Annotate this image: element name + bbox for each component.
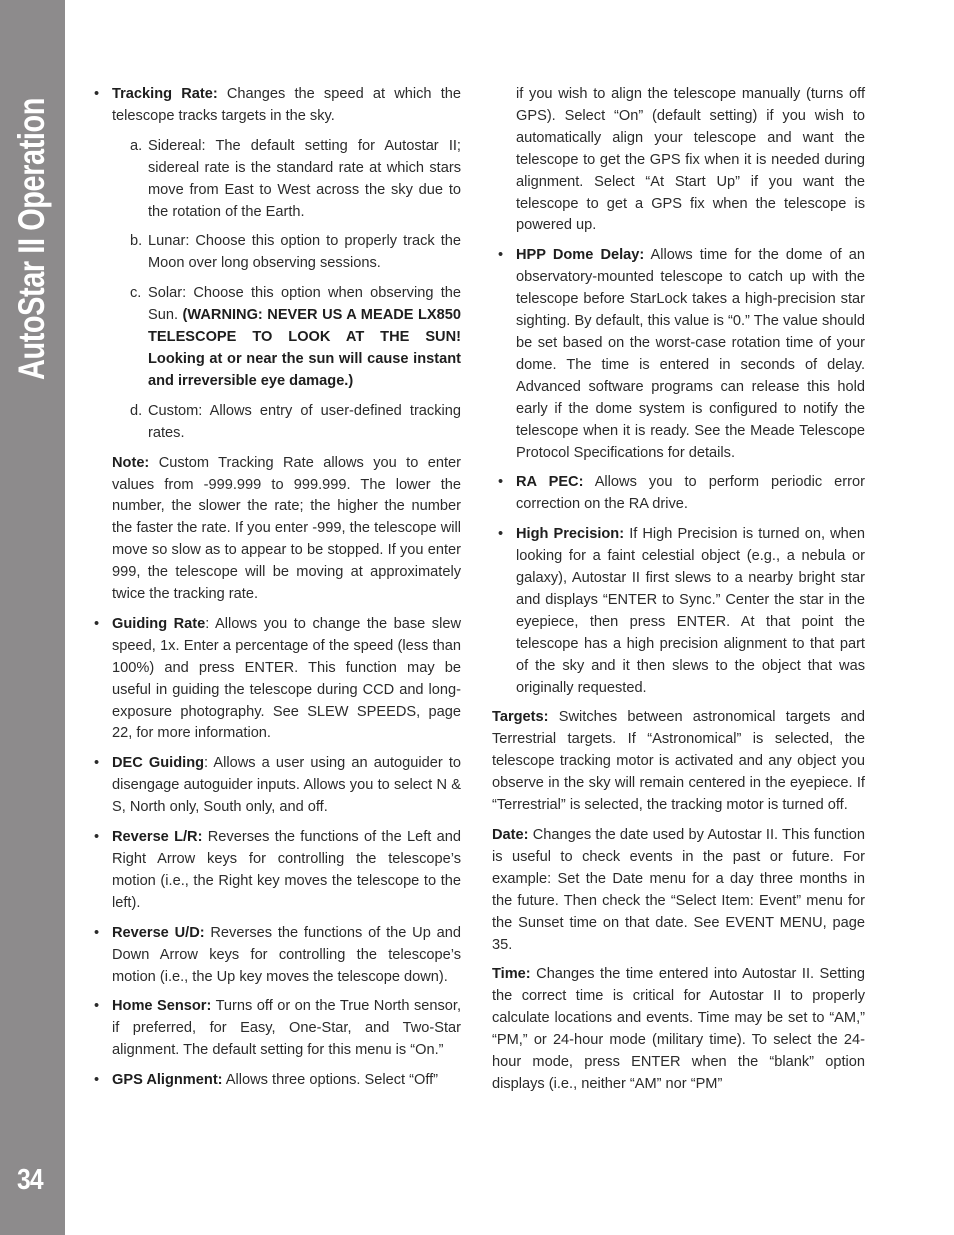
date-paragraph: Date: Changes the date used by Autostar … xyxy=(492,825,865,956)
sun-warning: (WARNING: NEVER US A MEADE LX850 TELESCO… xyxy=(148,307,461,389)
tracking-rate-note: Note: Custom Tracking Rate allows you to… xyxy=(94,453,461,606)
page-number: 34 xyxy=(17,1164,43,1197)
left-column: • Tracking Rate: Changes the speed at wh… xyxy=(94,84,461,1100)
section-title: AutoStar II Operation xyxy=(17,98,47,380)
bullet-icon: • xyxy=(94,753,106,775)
sub-item-custom: d. Custom: Allows entry of user-defined … xyxy=(94,401,461,445)
bullet-icon: • xyxy=(498,472,510,494)
time-paragraph: Time: Changes the time entered into Auto… xyxy=(492,964,865,1095)
bullet-icon: • xyxy=(94,827,106,849)
list-item-hpp-dome-delay: • HPP Dome Delay: Allows time for the do… xyxy=(492,245,865,464)
list-item-reverse-lr: • Reverse L/R: Reverses the functions of… xyxy=(94,827,461,915)
term: Tracking Rate: xyxy=(112,86,218,102)
targets-paragraph: Targets: Switches between astronomical t… xyxy=(492,707,865,817)
sub-item-solar: c. Solar: Choose this option when observ… xyxy=(94,283,461,393)
bullet-icon: • xyxy=(94,614,106,636)
bullet-icon: • xyxy=(498,524,510,546)
bullet-icon: • xyxy=(94,923,106,945)
list-item-tracking-rate: • Tracking Rate: Changes the speed at wh… xyxy=(94,84,461,128)
bullet-icon: • xyxy=(94,84,106,106)
list-item-dec-guiding: • DEC Guiding: Allows a user using an au… xyxy=(94,753,461,819)
list-item-reverse-ud: • Reverse U/D: Reverses the functions of… xyxy=(94,923,461,989)
list-item-high-precision: • High Precision: If High Precision is t… xyxy=(492,524,865,699)
list-item-gps-alignment: • GPS Alignment: Allows three options. S… xyxy=(94,1070,461,1092)
bullet-icon: • xyxy=(498,245,510,267)
sub-item-sidereal: a. Sidereal: The default setting for Aut… xyxy=(94,136,461,224)
list-item-guiding-rate: • Guiding Rate: Allows you to change the… xyxy=(94,614,461,745)
bullet-icon: • xyxy=(94,996,106,1018)
gps-alignment-continued: if you wish to align the telescope manua… xyxy=(492,84,865,237)
right-column: if you wish to align the telescope manua… xyxy=(492,84,865,1104)
list-item-ra-pec: • RA PEC: Allows you to perform periodic… xyxy=(492,472,865,516)
section-sidebar: AutoStar II Operation 34 xyxy=(0,0,65,1235)
list-item-home-sensor: • Home Sensor: Turns off or on the True … xyxy=(94,996,461,1062)
bullet-icon: • xyxy=(94,1070,106,1092)
sub-item-lunar: b. Lunar: Choose this option to properly… xyxy=(94,231,461,275)
